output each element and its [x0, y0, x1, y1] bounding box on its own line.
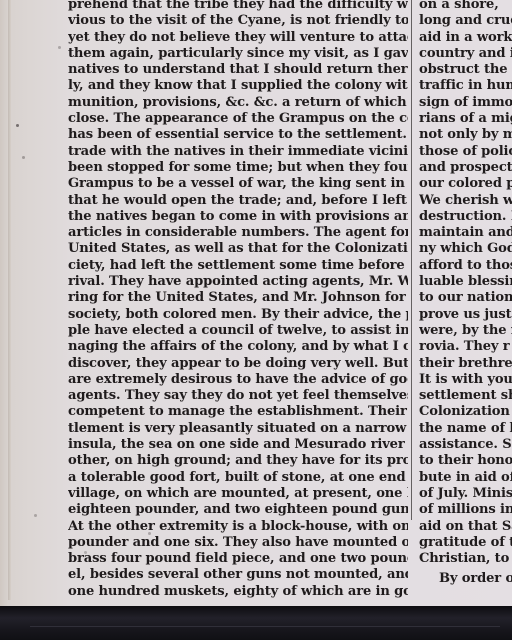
main-article-column: prehend that the tribe they had the diff… [68, 0, 408, 600]
column-rule [411, 0, 412, 520]
article-line: village, on which are mounted, at presen… [68, 486, 408, 502]
article-line: ring for the United States, and Mr. John… [68, 290, 408, 306]
article-line: United States, as well as that for the C… [68, 241, 408, 257]
article-line: el, besides several other guns not mount… [68, 567, 408, 583]
article-line: aid on that Sab [419, 519, 512, 535]
article-line: munition, provisions, &c. &c. a return o… [68, 95, 408, 111]
article-line: pounder and one six. They also have moun… [68, 535, 408, 551]
ink-speck [22, 156, 25, 159]
article-line: rians of a migh [419, 111, 512, 127]
article-line: yet they do not believe they will ventur… [68, 30, 408, 46]
article-line: We cherish w [419, 193, 512, 209]
article-line: our colored po [419, 176, 512, 192]
article-line: ly, and they know that I supplied the co… [68, 78, 408, 94]
article-line: to our national [419, 290, 512, 306]
article-line: the name of hu [419, 421, 512, 437]
article-line: natives to understand that I should retu… [68, 62, 408, 78]
article-line: society, both colored men. By their advi… [68, 307, 408, 323]
article-line: assistance. Sev [419, 437, 512, 453]
article-line: settlement shall [419, 388, 512, 404]
article-line: prove us just. [419, 307, 512, 323]
article-line: country and i [419, 46, 512, 62]
article-line: ciety, had left the settlement some time… [68, 258, 408, 274]
right-article-column: on a shore,long and cruelaid in a workco… [419, 0, 512, 588]
article-line: eighteen pounder, and two eighteen pound… [68, 502, 408, 518]
article-line: not only by m [419, 127, 512, 143]
article-line: Colonization So [419, 404, 512, 420]
article-line: sign of immort [419, 95, 512, 111]
article-line: prehend that the tribe they had the diff… [68, 0, 408, 13]
article-line: other, on high ground; and they have for… [68, 453, 408, 469]
article-line: Grampus to be a vessel of war, the king … [68, 176, 408, 192]
article-line: them again, particularly since my visit,… [68, 46, 408, 62]
newspaper-page: prehend that the tribe they had the diff… [0, 0, 512, 607]
article-line: rovia. They r [419, 339, 512, 355]
article-line: that he would open the trade; and, befor… [68, 193, 408, 209]
scan-background [0, 606, 512, 640]
article-line: been stopped for some time; but when the… [68, 160, 408, 176]
article-line: competent to manage the establishment. T… [68, 404, 408, 420]
article-line: Christian, to this [419, 551, 512, 567]
article-line: maintain and s [419, 225, 512, 241]
article-line: of July. Minist [419, 486, 512, 502]
article-line: aid in a work [419, 30, 512, 46]
article-line: on a shore, [419, 0, 512, 13]
ink-speck [58, 46, 61, 49]
article-line: gratitude of the [419, 535, 512, 551]
ink-speck [16, 124, 19, 127]
article-line: ny which God, [419, 241, 512, 257]
left-margin [0, 0, 66, 600]
article-line: At the other extremity is a block-house,… [68, 519, 408, 535]
article-line: ple have elected a council of twelve, to… [68, 323, 408, 339]
article-line: trade with the natives in their immediat… [68, 144, 408, 160]
article-line: were, by the m [419, 323, 512, 339]
article-line: vious to the visit of the Cyane, is not … [68, 13, 408, 29]
article-line: articles in considerable numbers. The ag… [68, 225, 408, 241]
article-line: has been of essential service to the set… [68, 127, 408, 143]
article-line: afford to those [419, 258, 512, 274]
article-line: discover, they appear to be doing very w… [68, 356, 408, 372]
article-line: destruction. I [419, 209, 512, 225]
article-line: long and cruel [419, 13, 512, 29]
article-line: agents. They say they do not yet feel th… [68, 388, 408, 404]
signature-line: By order of th [419, 571, 512, 587]
article-line: of millions in th [419, 502, 512, 518]
article-line: those of policy [419, 144, 512, 160]
article-line: luable blessings [419, 274, 512, 290]
article-line: a tolerable good fort, built of stone, a… [68, 470, 408, 486]
article-line: their brethren t [419, 356, 512, 372]
article-line: bute in aid of th [419, 470, 512, 486]
article-line: brass four pound field piece, and one tw… [68, 551, 408, 567]
scan-artifact [30, 626, 500, 627]
article-line: the natives began to come in with provis… [68, 209, 408, 225]
article-line: naging the affairs of the colony, and by… [68, 339, 408, 355]
article-line: rival. They have appointed acting agents… [68, 274, 408, 290]
article-line: close. The appearance of the Grampus on … [68, 111, 408, 127]
article-line: obstruct the n [419, 62, 512, 78]
article-line: one hundred muskets, eighty of which are… [68, 584, 408, 600]
ink-speck [34, 514, 37, 517]
right-column-lines: on a shore,long and cruelaid in a workco… [419, 0, 512, 567]
article-line: tlement is very pleasantly situated on a… [68, 421, 408, 437]
article-line: to their honor, [419, 453, 512, 469]
article-line: are extremely desirous to have the advic… [68, 372, 408, 388]
article-line: traffic in huma [419, 78, 512, 94]
article-line: insula, the sea on one side and Mesurado… [68, 437, 408, 453]
article-line: and prospects o [419, 160, 512, 176]
article-line: It is with you, [419, 372, 512, 388]
